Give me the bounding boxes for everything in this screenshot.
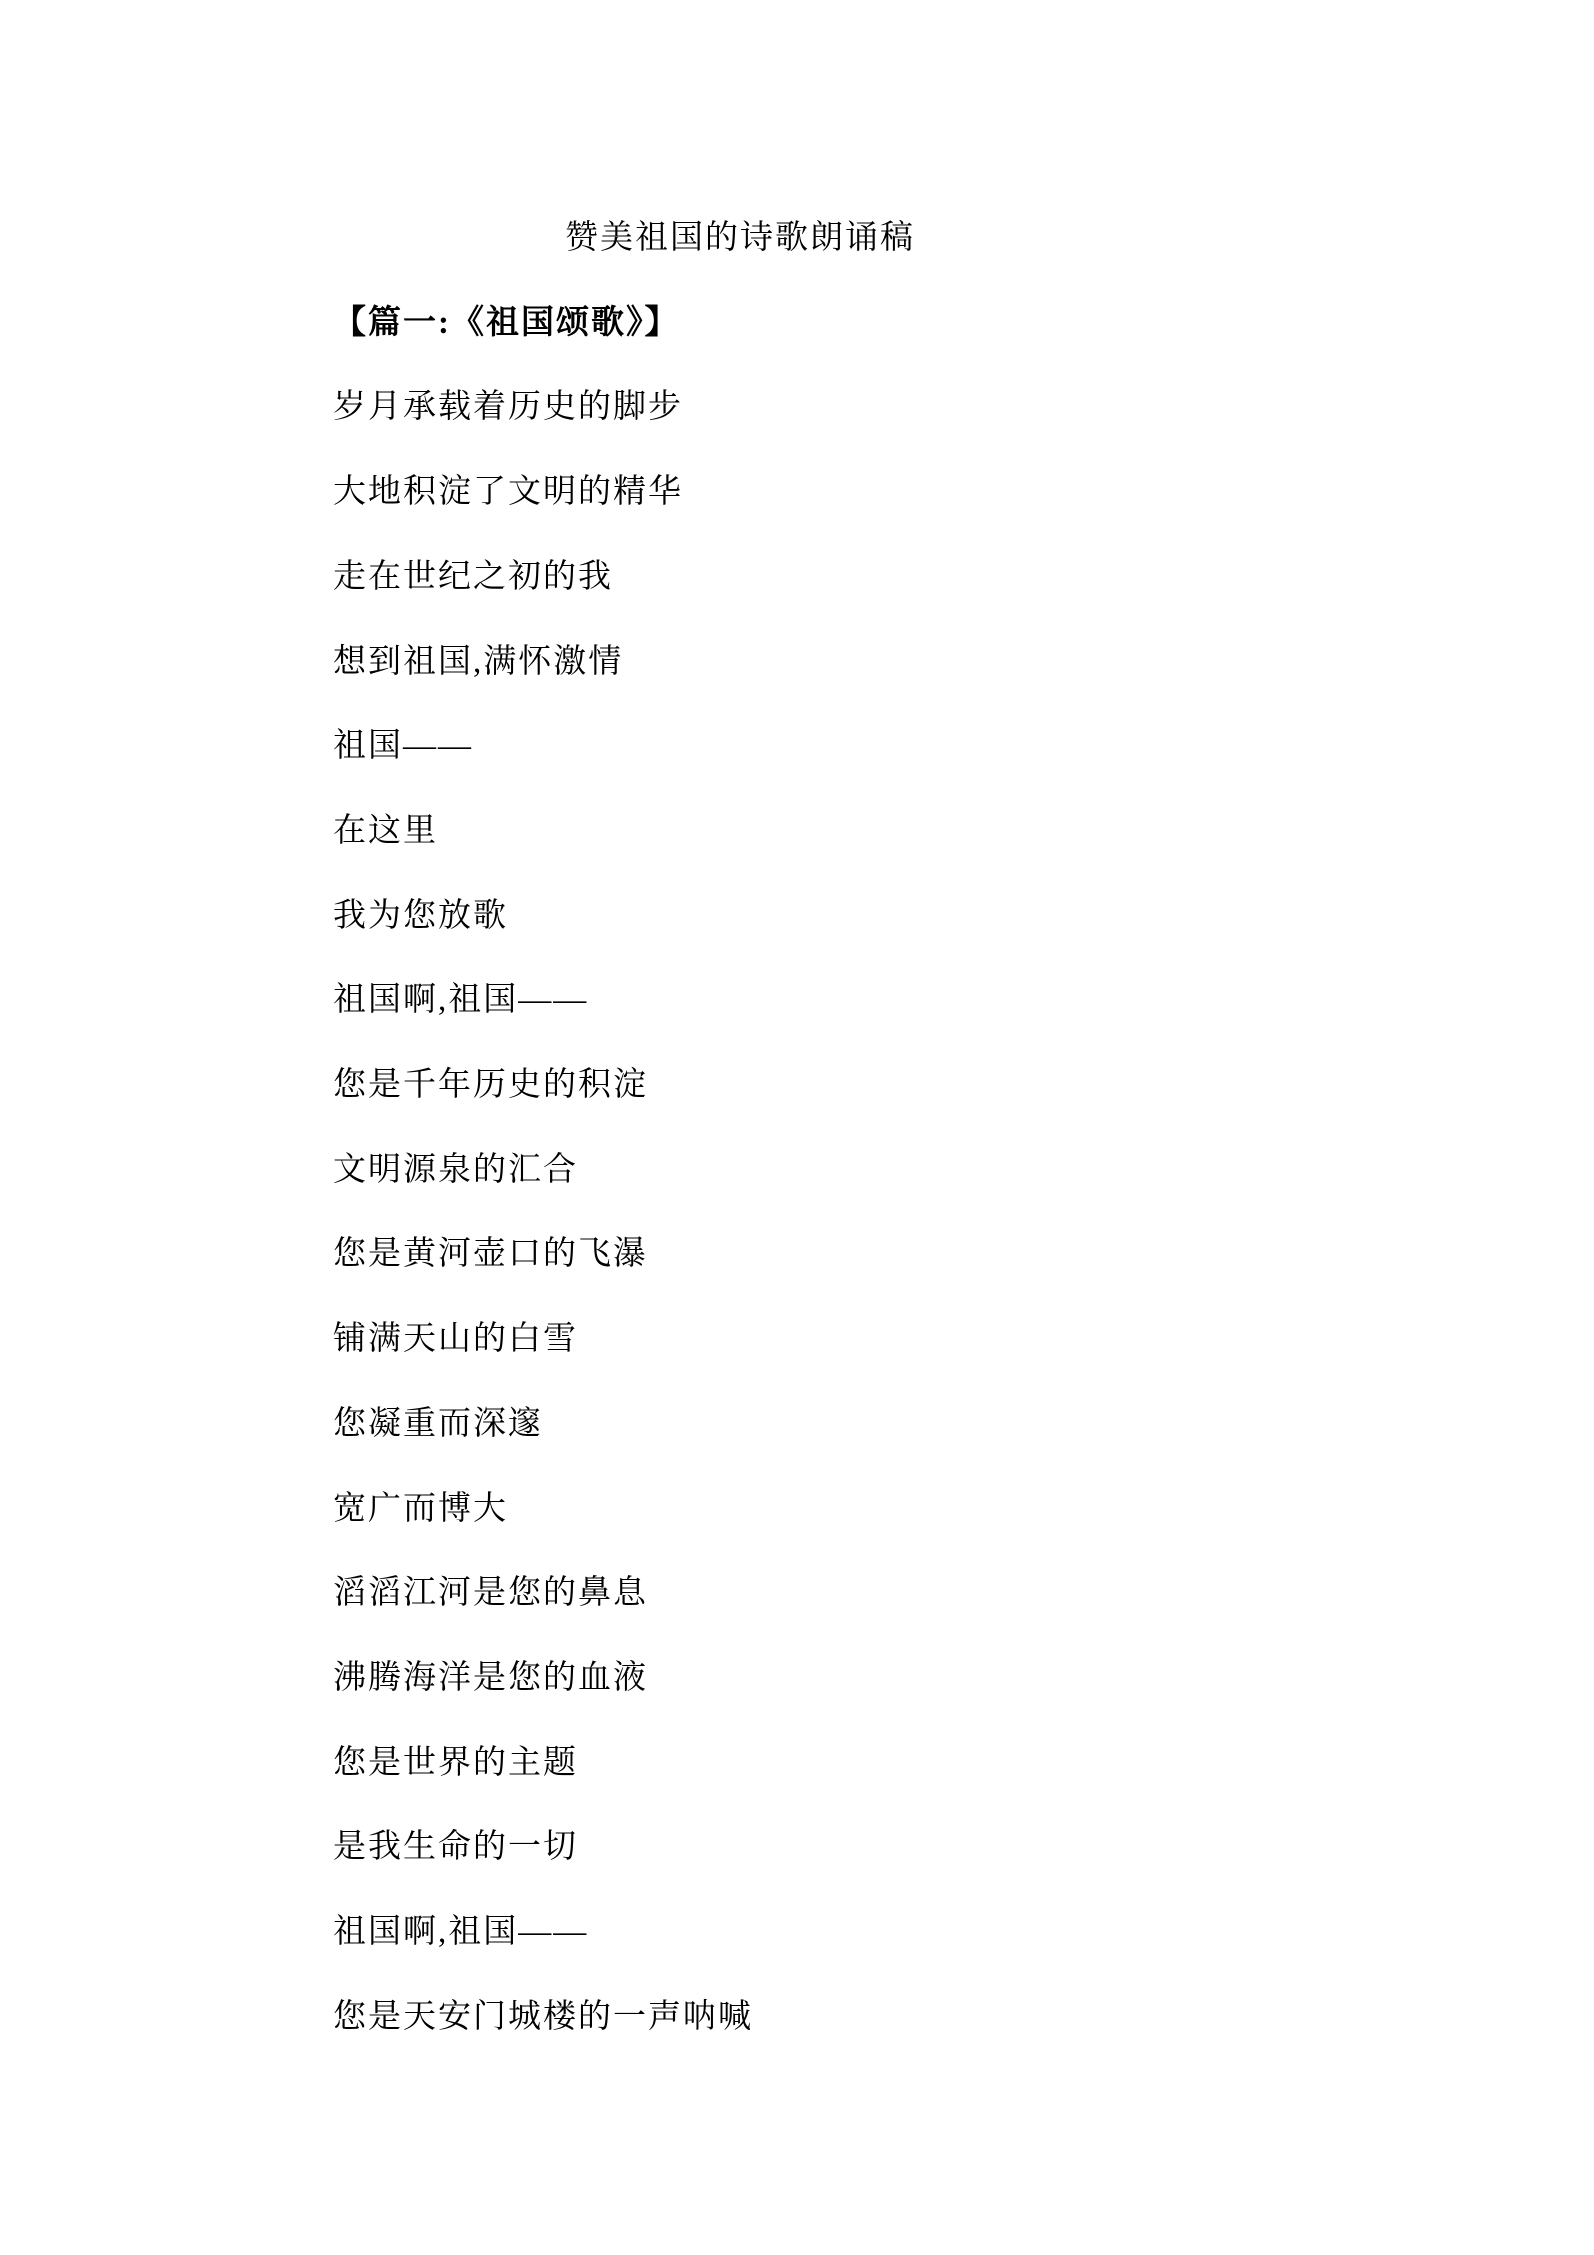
poem-line: 岁月承载着历史的脚步 — [333, 365, 1147, 450]
poem-line: 您是黄河壶口的飞瀑 — [333, 1212, 1147, 1297]
poem-line: 宽广而博大 — [333, 1467, 1147, 1552]
poem-line: 祖国啊,祖国—— — [333, 958, 1147, 1043]
poem-line: 想到祖国,满怀激情 — [333, 620, 1147, 705]
poem-line: 沸腾海洋是您的血液 — [333, 1636, 1147, 1721]
poem-line: 文明源泉的汇合 — [333, 1128, 1147, 1213]
poem-line: 您是世界的主题 — [333, 1721, 1147, 1806]
document-page: 赞美祖国的诗歌朗诵稿 【篇一:《祖国颂歌》】 岁月承载着历史的脚步大地积淀了文明… — [0, 0, 1594, 2255]
poem-line: 在这里 — [333, 789, 1147, 874]
poem-line: 您是千年历史的积淀 — [333, 1043, 1147, 1128]
poem-body: 岁月承载着历史的脚步大地积淀了文明的精华走在世纪之初的我想到祖国,满怀激情祖国—… — [333, 365, 1147, 2059]
poem-line: 我为您放歌 — [333, 874, 1147, 959]
poem-line: 大地积淀了文明的精华 — [333, 450, 1147, 535]
section-header: 【篇一:《祖国颂歌》】 — [333, 281, 1147, 366]
poem-line: 您凝重而深邃 — [333, 1382, 1147, 1467]
document-title: 赞美祖国的诗歌朗诵稿 — [333, 196, 1147, 281]
poem-line: 祖国啊,祖国—— — [333, 1890, 1147, 1975]
poem-line: 是我生命的一切 — [333, 1805, 1147, 1890]
poem-line: 滔滔江河是您的鼻息 — [333, 1551, 1147, 1636]
poem-line: 祖国—— — [333, 704, 1147, 789]
poem-line: 铺满天山的白雪 — [333, 1297, 1147, 1382]
poem-line: 您是天安门城楼的一声呐喊 — [333, 1975, 1147, 2060]
poem-line: 走在世纪之初的我 — [333, 535, 1147, 620]
